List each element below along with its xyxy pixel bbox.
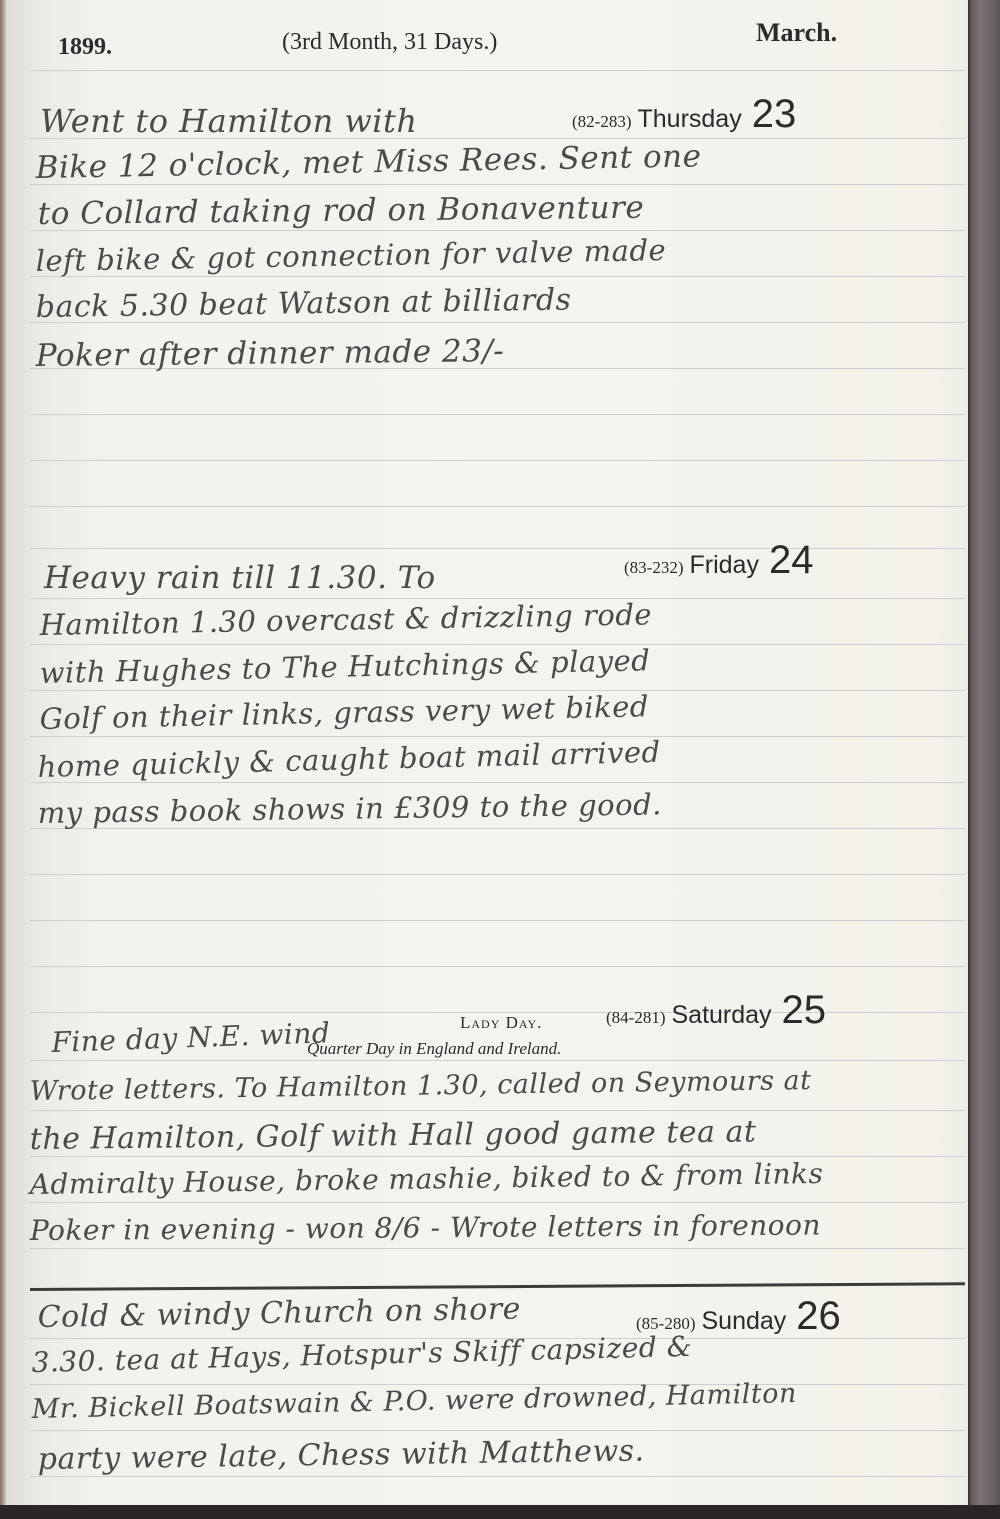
handwritten-line: Mr. Bickell Boatswain & P.O. were drowne… bbox=[31, 1378, 797, 1425]
day-number: 23 bbox=[752, 92, 797, 136]
day-of-year: (84-281) bbox=[606, 1008, 665, 1027]
handwritten-line: Poker after dinner made 23/- bbox=[36, 333, 505, 374]
lady-day-note: Lady Day. bbox=[460, 1013, 542, 1033]
ruled-line bbox=[30, 1430, 965, 1431]
handwritten-line: Golf on their links, grass very wet bike… bbox=[39, 689, 649, 736]
sunday-divider-line bbox=[30, 1282, 965, 1291]
ruled-line bbox=[30, 460, 965, 461]
day-of-year: (83-232) bbox=[624, 558, 683, 577]
handwritten-line: left bike & got connection for valve mad… bbox=[35, 233, 666, 278]
ruled-line bbox=[30, 414, 965, 415]
ruled-line bbox=[30, 598, 965, 599]
book-binding bbox=[968, 0, 1000, 1519]
ruled-line bbox=[30, 1248, 965, 1249]
ruled-line bbox=[30, 548, 965, 549]
ruled-line bbox=[30, 782, 965, 783]
weekday: Sunday bbox=[701, 1307, 786, 1335]
quarter-day-note: Quarter Day in England and Ireland. bbox=[307, 1039, 561, 1059]
handwritten-line: my pass book shows in £309 to the good. bbox=[38, 787, 663, 830]
day-header-friday-24: (83-232)Friday24 bbox=[624, 538, 813, 583]
day-header-saturday-25: (84-281)Saturday25 bbox=[606, 988, 826, 1033]
day-of-year: (82-283) bbox=[572, 112, 631, 131]
handwritten-line: Hamilton 1.30 overcast & drizzling rode bbox=[39, 597, 652, 642]
ruled-line bbox=[30, 966, 965, 967]
ruled-line bbox=[30, 1476, 965, 1477]
handwritten-line: Fine day N.E. wind bbox=[51, 1016, 331, 1059]
handwritten-line: Admiralty House, broke mashie, biked to … bbox=[30, 1157, 824, 1201]
day-number: 26 bbox=[796, 1294, 841, 1338]
ruled-line bbox=[30, 1202, 965, 1203]
handwritten-line: the Hamilton, Golf with Hall good game t… bbox=[30, 1114, 757, 1157]
weekday: Friday bbox=[689, 551, 758, 579]
ruled-line bbox=[30, 874, 965, 875]
handwritten-line: Poker in evening - won 8/6 - Wrote lette… bbox=[30, 1208, 821, 1247]
ruled-line bbox=[30, 690, 965, 691]
page-bottom-edge bbox=[0, 1505, 1000, 1519]
handwritten-line: Heavy rain till 11.30. To bbox=[44, 560, 436, 596]
month-info: (3rd Month, 31 Days.) bbox=[282, 29, 497, 56]
year-label: 1899. bbox=[58, 34, 112, 61]
ruled-line bbox=[30, 736, 965, 737]
handwritten-line: party were late, Chess with Matthews. bbox=[38, 1434, 645, 1477]
ruled-line bbox=[30, 644, 965, 645]
handwritten-line: home quickly & caught boat mail arrived bbox=[37, 735, 661, 784]
ruled-line bbox=[30, 920, 965, 921]
day-header-thursday-23: (82-283)Thursday23 bbox=[572, 92, 796, 137]
handwritten-line: Cold & windy Church on shore bbox=[37, 1292, 521, 1335]
day-number: 24 bbox=[769, 538, 814, 582]
month-name: March. bbox=[756, 18, 837, 48]
handwritten-line: Went to Hamilton with bbox=[40, 102, 417, 140]
weekday: Saturday bbox=[671, 1001, 771, 1029]
handwritten-line: with Hughes to The Hutchings & played bbox=[39, 643, 650, 690]
diary-page: 1899. (3rd Month, 31 Days.) March. (82-2… bbox=[0, 0, 968, 1505]
handwritten-line: to Collard taking rod on Bonaventure bbox=[38, 190, 645, 232]
day-number: 25 bbox=[782, 988, 827, 1032]
handwritten-line: Bike 12 o'clock, met Miss Rees. Sent one bbox=[35, 138, 701, 186]
weekday: Thursday bbox=[637, 105, 741, 133]
ruled-line bbox=[30, 70, 965, 71]
ruled-line bbox=[30, 276, 965, 277]
ruled-line bbox=[30, 1110, 965, 1111]
ruled-line bbox=[30, 184, 965, 185]
page-left-edge bbox=[0, 0, 6, 1505]
ruled-line bbox=[30, 506, 965, 507]
handwritten-line: back 5.30 beat Watson at billiards bbox=[36, 283, 572, 325]
handwritten-line: Wrote letters. To Hamilton 1.30, called … bbox=[30, 1065, 812, 1107]
ruled-line bbox=[30, 1156, 965, 1157]
ruled-line bbox=[30, 1060, 965, 1061]
